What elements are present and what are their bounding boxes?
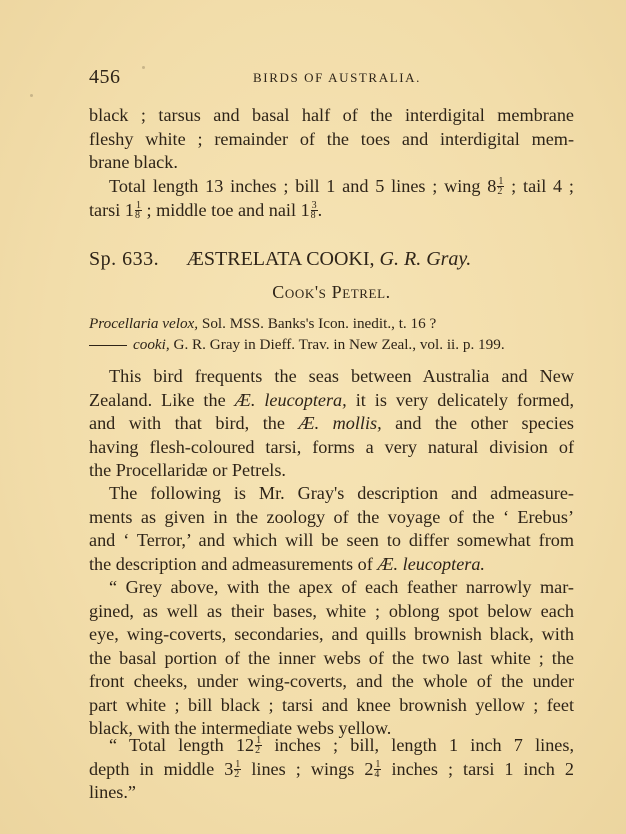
text-line: ments as given in the zoology of the voy… — [89, 506, 574, 530]
text-line: This bird frequents the seas between Aus… — [89, 365, 574, 389]
synonym-entry: Procellaria velox, Sol. MSS. Banks's Ico… — [89, 313, 574, 334]
text-line: and with that bird, the Æ. mollis, and t… — [89, 412, 574, 436]
text-line: gined, as well as their bases, white ; o… — [89, 600, 574, 624]
common-name: Cook's Petrel. — [89, 282, 574, 303]
text-line: The following is Mr. Gray's description … — [89, 482, 574, 506]
text-line: fleshy white ; remainder of the toes and… — [89, 128, 574, 152]
text-line: black ; tarsus and basal half of the int… — [89, 104, 574, 128]
species-heading: Sp. 633. ÆSTRELATA COOKI, G. R. Gray. — [89, 248, 471, 271]
species-number: Sp. 633. — [89, 248, 159, 270]
text-line: Zealand. Like the Æ. leucoptera, it is v… — [89, 389, 574, 413]
previous-measurements: Total length 13 inches ; bill 1 and 5 li… — [89, 175, 574, 222]
paragraph-description-intro: This bird frequents the seas between Aus… — [89, 365, 574, 483]
species-author: G. R. Gray. — [380, 248, 472, 270]
synonym-entry: cooki, G. R. Gray in Dieff. Trav. in New… — [89, 334, 574, 355]
text-line: brane black. — [89, 151, 574, 175]
text-line: and ‘ Terror,’ and which will be seen to… — [89, 529, 574, 553]
species-name: ÆSTRELATA COOKI, — [186, 248, 374, 270]
paper-blemish — [30, 94, 33, 97]
text-line: part white ; bill black ; tarsi and knee… — [89, 694, 574, 718]
text-line: tarsi 118 ; middle toe and nail 138. — [89, 199, 574, 223]
ditto-dash — [89, 345, 127, 346]
text-line: front cheeks, under wing-coverts, and th… — [89, 670, 574, 694]
synonymy: Procellaria velox, Sol. MSS. Banks's Ico… — [89, 313, 574, 355]
paragraph-quoted-measurements: “ Total length 1212 inches ; bill, lengt… — [89, 734, 574, 805]
fraction: 38 — [311, 201, 318, 220]
text-line: eye, wing-coverts, secondaries, and quil… — [89, 623, 574, 647]
text-line: Total length 13 inches ; bill 1 and 5 li… — [89, 175, 574, 199]
page-number: 456 — [89, 66, 121, 89]
text-line: “ Grey above, with the apex of each feat… — [89, 576, 574, 600]
text-line: depth in middle 312 lines ; wings 214 in… — [89, 758, 574, 782]
running-head: 456 BIRDS OF AUSTRALIA. — [89, 66, 574, 90]
fraction: 18 — [135, 201, 142, 220]
text-line: lines.” — [89, 781, 574, 805]
paragraph-quoted-description: “ Grey above, with the apex of each feat… — [89, 576, 574, 741]
running-title: BIRDS OF AUSTRALIA. — [253, 70, 421, 86]
text-line: the Procellaridæ or Petrels. — [89, 459, 574, 483]
continuation-paragraph: black ; tarsus and basal half of the int… — [89, 104, 574, 175]
text-line: the basal portion of the inner webs of t… — [89, 647, 574, 671]
paragraph-gray-description: The following is Mr. Gray's description … — [89, 482, 574, 576]
text-line: having flesh-coloured tarsi, forms a ver… — [89, 436, 574, 460]
text-line: “ Total length 1212 inches ; bill, lengt… — [89, 734, 574, 758]
text-line: the description and admeasurements of Æ.… — [89, 553, 574, 577]
